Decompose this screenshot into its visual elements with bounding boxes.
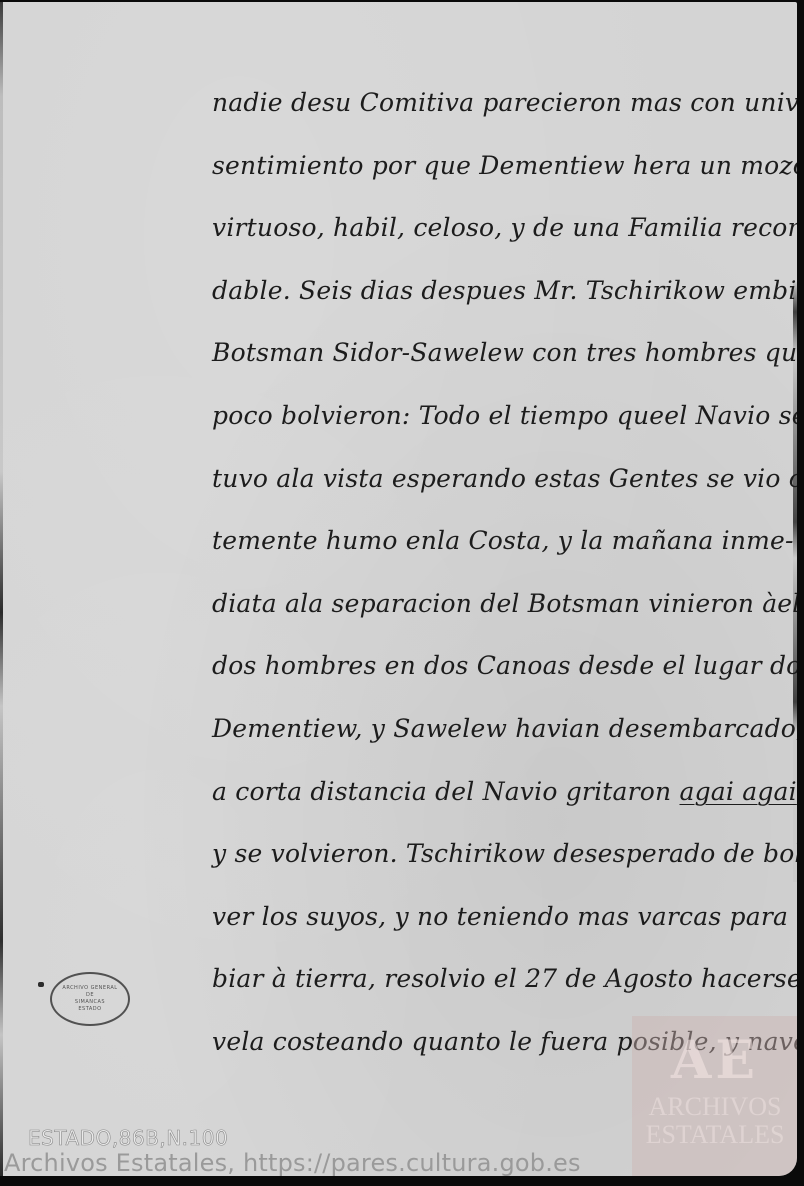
text-line: ver los suyos, y no teniendo mas varcas … <box>212 886 792 949</box>
text-line: tuvo ala vista esperando estas Gentes se… <box>212 448 792 511</box>
archivos-estatales-logo: AE ARCHIVOS ESTATALES <box>632 1016 797 1176</box>
source-credit: Archivos Estatales, https://pares.cultur… <box>4 1149 581 1176</box>
text-line: nadie desu Comitiva parecieron mas con u… <box>212 72 792 135</box>
text-line: diata ala separacion del Botsman viniero… <box>212 573 792 636</box>
document-reference: ESTADO,86B,N.100 <box>28 1126 228 1150</box>
ink-mark <box>38 982 44 987</box>
text-line: a corta distancia del Navio gritaron aga… <box>212 761 792 824</box>
text-line: Dementiew, y Sawelew havian desembarcado… <box>212 698 792 761</box>
text-line: Botsman Sidor-Sawelew con tres hombres q… <box>212 322 792 385</box>
text-line: virtuoso, habil, celoso, y de una Famili… <box>212 197 792 260</box>
stamp-text: SIMANCAS <box>75 999 105 1006</box>
stamp-text: ARCHIVO GENERAL <box>62 985 117 992</box>
manuscript-page: nadie desu Comitiva parecieron mas con u… <box>0 2 797 1176</box>
page-left-edge <box>0 2 3 1176</box>
text-segment: a corta distancia del Navio gritaron <box>212 777 679 806</box>
logo-text: ESTATALES <box>646 1123 785 1147</box>
underlined-phrase: agai agai <box>679 777 796 806</box>
logo-text: ARCHIVOS <box>649 1095 782 1119</box>
bottom-border <box>0 1176 804 1186</box>
text-line: sentimiento por que Dementiew hera un mo… <box>212 135 792 198</box>
logo-initials: AE <box>671 1030 759 1091</box>
text-line: biar à tierra, resolvio el 27 de Agosto … <box>212 948 792 1011</box>
archive-stamp: ARCHIVO GENERAL DE SIMANCAS ESTADO <box>50 972 130 1026</box>
text-line: poco bolvieron: Todo el tiempo queel Nav… <box>212 385 792 448</box>
manuscript-text: nadie desu Comitiva parecieron mas con u… <box>212 72 792 1074</box>
text-line: y se volvieron. Tschirikow desesperado d… <box>212 823 792 886</box>
text-line: temente humo enla Costa, y la mañana inm… <box>212 510 792 573</box>
text-line: dos hombres en dos Canoas desde el lugar… <box>212 635 792 698</box>
text-line: dable. Seis dias despues Mr. Tschirikow … <box>212 260 792 323</box>
stamp-text: DE <box>86 992 94 999</box>
stamp-text: ESTADO <box>78 1006 101 1013</box>
